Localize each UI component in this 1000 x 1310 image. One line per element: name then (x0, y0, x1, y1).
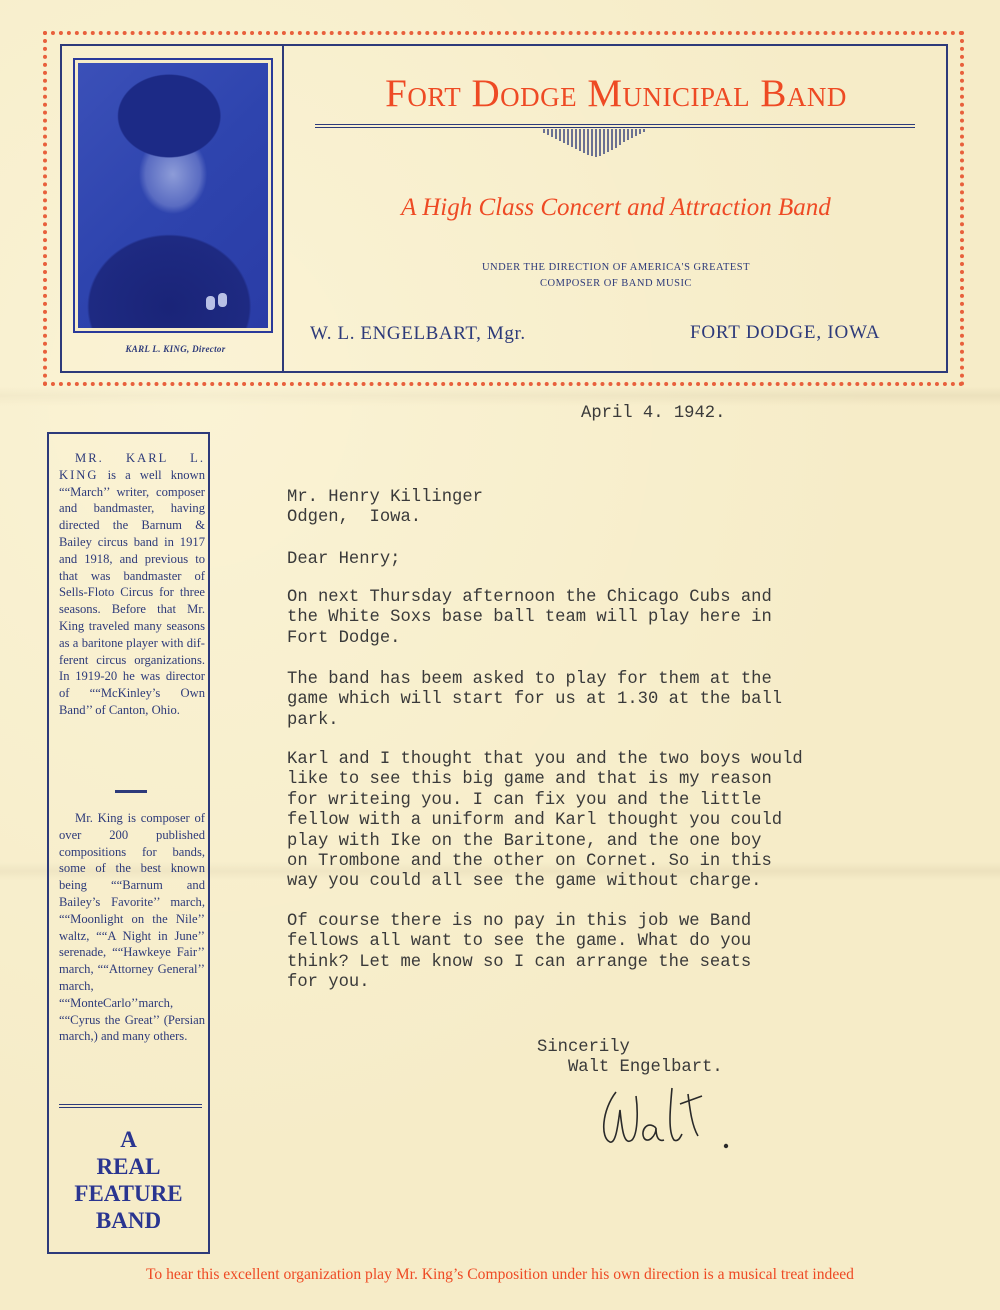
director-portrait (73, 58, 273, 333)
handwritten-signature-icon (598, 1080, 748, 1150)
feature-line-1: A (49, 1126, 208, 1153)
recipient-name: Mr. Henry Killinger (287, 488, 483, 508)
letter-paragraph: On next Thursday afternoon the Chicago C… (287, 588, 772, 649)
band-title: Fort Dodge Municipal Band (284, 72, 948, 116)
band-tagline: A High Class Concert and Attraction Band (284, 193, 948, 223)
sidebar-rule (115, 790, 147, 793)
title-rule (315, 124, 915, 128)
direction-line-2: COMPOSER OF BAND MUSIC (284, 276, 948, 292)
biography-paragraph-2: Mr. King is com­poser of over 200 pub­li… (59, 810, 205, 1045)
closing-word: Sincerily (537, 1038, 723, 1058)
direction-statement: UNDER THE DIRECTION OF AMERICA'S GREATES… (284, 260, 948, 292)
recipient-city: Odgen, Iowa. (287, 508, 483, 528)
sidebar-double-rule (59, 1104, 202, 1108)
salutation: Dear Henry; (287, 550, 400, 570)
manager-name: W. L. ENGELBART, Mgr. (310, 323, 526, 345)
letter-paragraph: Karl and I thought that you and the two … (287, 750, 803, 893)
band-location: FORT DODGE, IOWA (690, 322, 880, 344)
fan-ornament-icon (540, 129, 650, 157)
footer-slogan: To hear this excellent organization play… (0, 1266, 1000, 1284)
letter-date: April 4. 1942. (581, 404, 725, 424)
letter-paragraph: Of course there is no pay in this job we… (287, 912, 751, 994)
medal-icon (206, 296, 215, 310)
feature-line-4: BAND (49, 1207, 208, 1234)
letter-paragraph: The band has beem asked to play for them… (287, 670, 782, 731)
recipient-address: Mr. Henry KillingerOdgen, Iowa. (287, 488, 483, 529)
typed-signature-name: Walt Engelbart. (537, 1058, 723, 1078)
direction-line-1: UNDER THE DIRECTION OF AMERICA'S GREATES… (284, 260, 948, 276)
medal-icon (218, 293, 227, 307)
letter-closing: Sincerily Walt Engelbart. (537, 1038, 723, 1079)
biography-sidebar: MR. KARL L. KING is a well known ““March… (47, 432, 210, 1254)
feature-line-2: REAL (49, 1153, 208, 1180)
portrait-caption: KARL L. KING, Director (73, 344, 278, 354)
biography-paragraph-1: MR. KARL L. KING is a well known ““March… (59, 450, 205, 719)
feature-band-slogan: A REAL FEATURE BAND (49, 1126, 208, 1234)
feature-line-3: FEATURE (49, 1180, 208, 1207)
biography-text-1: is a well known ““March’’ writer, com­po… (59, 468, 205, 717)
portrait-photo (78, 63, 268, 328)
